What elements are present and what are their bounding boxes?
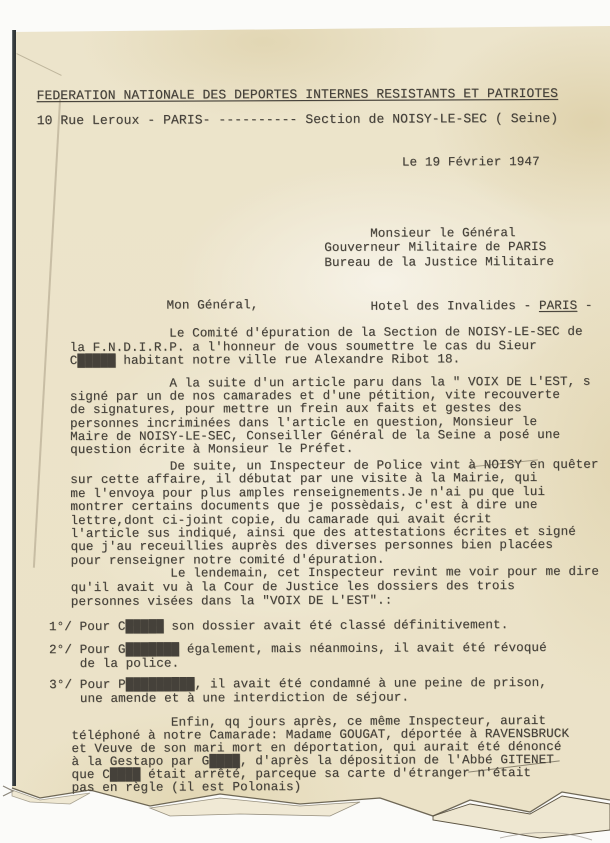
list-item-2: 2°/ Pour G███████ également, mais néanmo…: [49, 642, 547, 671]
letter-content: FEDERATION NATIONALE DES DEPORTES INTERN…: [0, 0, 610, 843]
addressee-line-4: Hotel des Invalides - PARIS -: [370, 298, 592, 313]
addressee-street: Hotel des Invalides -: [370, 299, 539, 314]
salutation: Mon Général,: [166, 299, 258, 313]
paragraph-1: Le Comité d'épuration de la Section de N…: [70, 326, 583, 369]
letterhead-line-2: 10 Rue Leroux - PARIS- ---------- Sectio…: [37, 112, 559, 128]
addressee-city: PARIS: [539, 298, 577, 312]
addressee-block: Monsieur le Général Gouverneur Militaire…: [324, 211, 593, 329]
paragraph-3: De suite, un Inspecteur de Police vint à…: [70, 459, 599, 569]
paragraph-4: Le lendemain, cet Inspecteur revint me v…: [71, 566, 600, 610]
paragraph-5: Enfin, qq jours après, ce même Inspecteu…: [71, 715, 569, 795]
date-line: Le 19 Février 1947: [402, 156, 540, 170]
scanned-letter: FEDERATION NATIONALE DES DEPORTES INTERN…: [0, 0, 610, 843]
addressee-dash: -: [577, 298, 592, 312]
addressee-lines: Monsieur le Général Gouverneur Militaire…: [324, 226, 554, 270]
paragraph-2: A la suite d'un article paru dans la " V…: [70, 376, 591, 457]
letterhead-line-1: FEDERATION NATIONALE DES DEPORTES INTERN…: [37, 87, 559, 103]
list-item-3: 3°/ Pour P█████████, il avait été condam…: [49, 677, 547, 706]
list-item-1: 1°/ Pour C█████ son dossier avait été cl…: [49, 619, 509, 635]
